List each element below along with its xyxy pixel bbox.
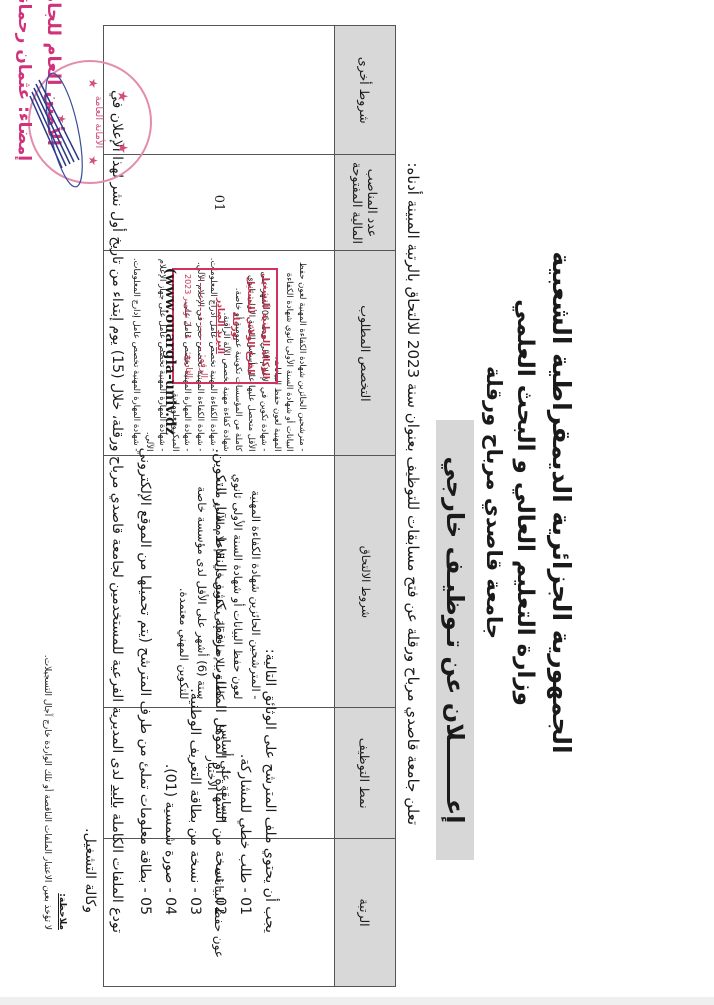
announcement-banner: إعـــــــلان عن تـوظيـف خارجي bbox=[436, 420, 474, 860]
specialty-line: - شهادة المهارة المهنية تخصص عامل على جه… bbox=[143, 255, 169, 451]
stamp-line: البريد الصادر bbox=[212, 270, 227, 382]
col-specialty: التخصص المطلوب bbox=[335, 251, 396, 456]
republic-title: الجمهورية الجزائرية الديمقراطية الشعبية bbox=[547, 0, 576, 1005]
stamp-date-value: 1 - 2 نوفمبر 2023 bbox=[180, 274, 195, 339]
university-title: جامعة قاصدي مرباح ورقلة bbox=[482, 0, 506, 1005]
col-other: شروط أخرى bbox=[335, 26, 396, 155]
cell-mode: مسابقة على أساس الاختبار bbox=[104, 708, 335, 839]
intro-text: تعلن جامعة قاصدي مرباح ورقلة عن فتح مساب… bbox=[404, 162, 422, 825]
stamp-line: الوكالة الوطنية للتشغيل bbox=[257, 270, 272, 382]
stamp-number: الرقم: bbox=[195, 270, 210, 382]
viewer-bottom-bar bbox=[0, 997, 714, 1005]
col-conditions: شروط الالتحاق bbox=[335, 456, 396, 708]
col-mode: نمط التوظيف bbox=[335, 708, 396, 839]
employment-agency-stamp: الوكالة الوطنية للتشغيل الفرع الولائي لل… bbox=[172, 268, 278, 384]
stamp-number-line bbox=[200, 278, 210, 350]
stamp-line: الفرع الولائي للتشغيل بورقلة bbox=[227, 270, 257, 382]
cell-positions: 01 bbox=[104, 155, 335, 251]
col-rank: الرتبة bbox=[335, 839, 396, 987]
col-positions: عدد المناصب المالية المفتوحة bbox=[335, 155, 396, 251]
cell-conditions: - المترشحين الحائزين شهادة الكفاءة المهن… bbox=[104, 456, 335, 708]
ministry-title: وزارة التعليم العالي و البحث العلمي bbox=[512, 0, 538, 1005]
specialty-line: - شهادة المهارة المهنية تخصص عامل إدارج … bbox=[130, 255, 143, 451]
stamp-date-label: التاريخ: bbox=[180, 352, 195, 378]
positions-table: الرتبة نمط التوظيف شروط الالتحاق التخصص … bbox=[103, 25, 396, 987]
stamp-number-label: الرقم: bbox=[195, 354, 210, 378]
table-row: عون حفظ البيانات مسابقة على أساس الاختبا… bbox=[104, 26, 335, 987]
cell-other bbox=[104, 26, 335, 155]
table-header-row: الرتبة نمط التوظيف شروط الالتحاق التخصص … bbox=[335, 26, 396, 987]
stamp-date: التاريخ: 1 - 2 نوفمبر 2023 bbox=[180, 270, 195, 382]
cell-rank: عون حفظ البيانات bbox=[104, 839, 335, 987]
announcement-page: الجمهورية الجزائرية الديمقراطية الشعبية … bbox=[0, 0, 714, 1005]
positions-table-wrap: الرتبة نمط التوظيف شروط الالتحاق التخصص … bbox=[103, 25, 396, 987]
